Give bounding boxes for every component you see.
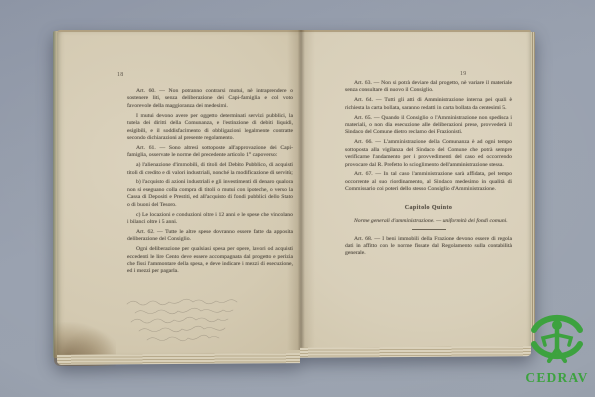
paragraph: Art. 66. — L'amministrazione della Comun…	[345, 139, 512, 169]
page-bottom-edge-right	[300, 346, 531, 358]
cedrav-logo-icon	[526, 310, 588, 370]
page-bottom-edge-left	[57, 353, 300, 365]
paragraph: Art. 60. — Non potranno contrarsi mutui,…	[127, 88, 293, 110]
right-page: 19 Art. 63. — Non si potrà deviare dal p…	[300, 30, 531, 349]
cedrav-label: CEDRAV	[518, 370, 595, 386]
paragraph: a) l'alienazione d'immobili, di titoli d…	[127, 162, 293, 177]
paragraph: Art. 68. — I beni immobili della Frazion…	[345, 236, 512, 258]
paragraph: Art. 67. — In tal caso l'amministrazione…	[345, 171, 512, 193]
paragraph: Art. 61. — Sono altresì sottoposte all'a…	[127, 145, 293, 160]
paragraph: Ogni deliberazione per qualsiasi spesa p…	[127, 246, 293, 276]
chapter-heading: Capitolo Quinto	[345, 205, 512, 212]
separator-rule	[412, 229, 446, 230]
page-right-edge	[531, 32, 535, 344]
photo-background: 18 Art. 60. — Non potranno contrarsi mut…	[0, 0, 595, 397]
left-page-text: Art. 60. — Non potranno contrarsi mutui,…	[127, 88, 293, 278]
handwritten-annotation	[113, 298, 289, 350]
paragraph: Art. 63. — Non si potrà deviare dal prog…	[345, 80, 512, 95]
right-page-text: Art. 63. — Non si potrà deviare dal prog…	[345, 80, 512, 260]
paragraph: c) Le locazioni e conduzioni oltre i 12 …	[127, 212, 293, 227]
page-number-left: 18	[117, 72, 124, 78]
paragraph: Art. 62. — Tutte le altre spese dovranno…	[127, 229, 293, 244]
page-number-right: 19	[460, 71, 467, 77]
paragraph: Art. 65. — Quando il Consiglio o l'Ammin…	[345, 115, 512, 137]
booklet: 18 Art. 60. — Non potranno contrarsi mut…	[57, 30, 531, 366]
paragraph: Art. 64. — Tutti gli atti di Amministraz…	[345, 97, 512, 112]
paragraph: I mutui devono avere per oggetto determi…	[127, 113, 293, 143]
cedrav-watermark: CEDRAV	[518, 310, 595, 385]
chapter-subtitle: Norme generali d'amministrazione. — unif…	[345, 218, 512, 225]
paragraph: b) l'acquisto di azioni industriali e gl…	[127, 179, 293, 209]
left-page: 18 Art. 60. — Non potranno contrarsi mut…	[57, 30, 300, 356]
